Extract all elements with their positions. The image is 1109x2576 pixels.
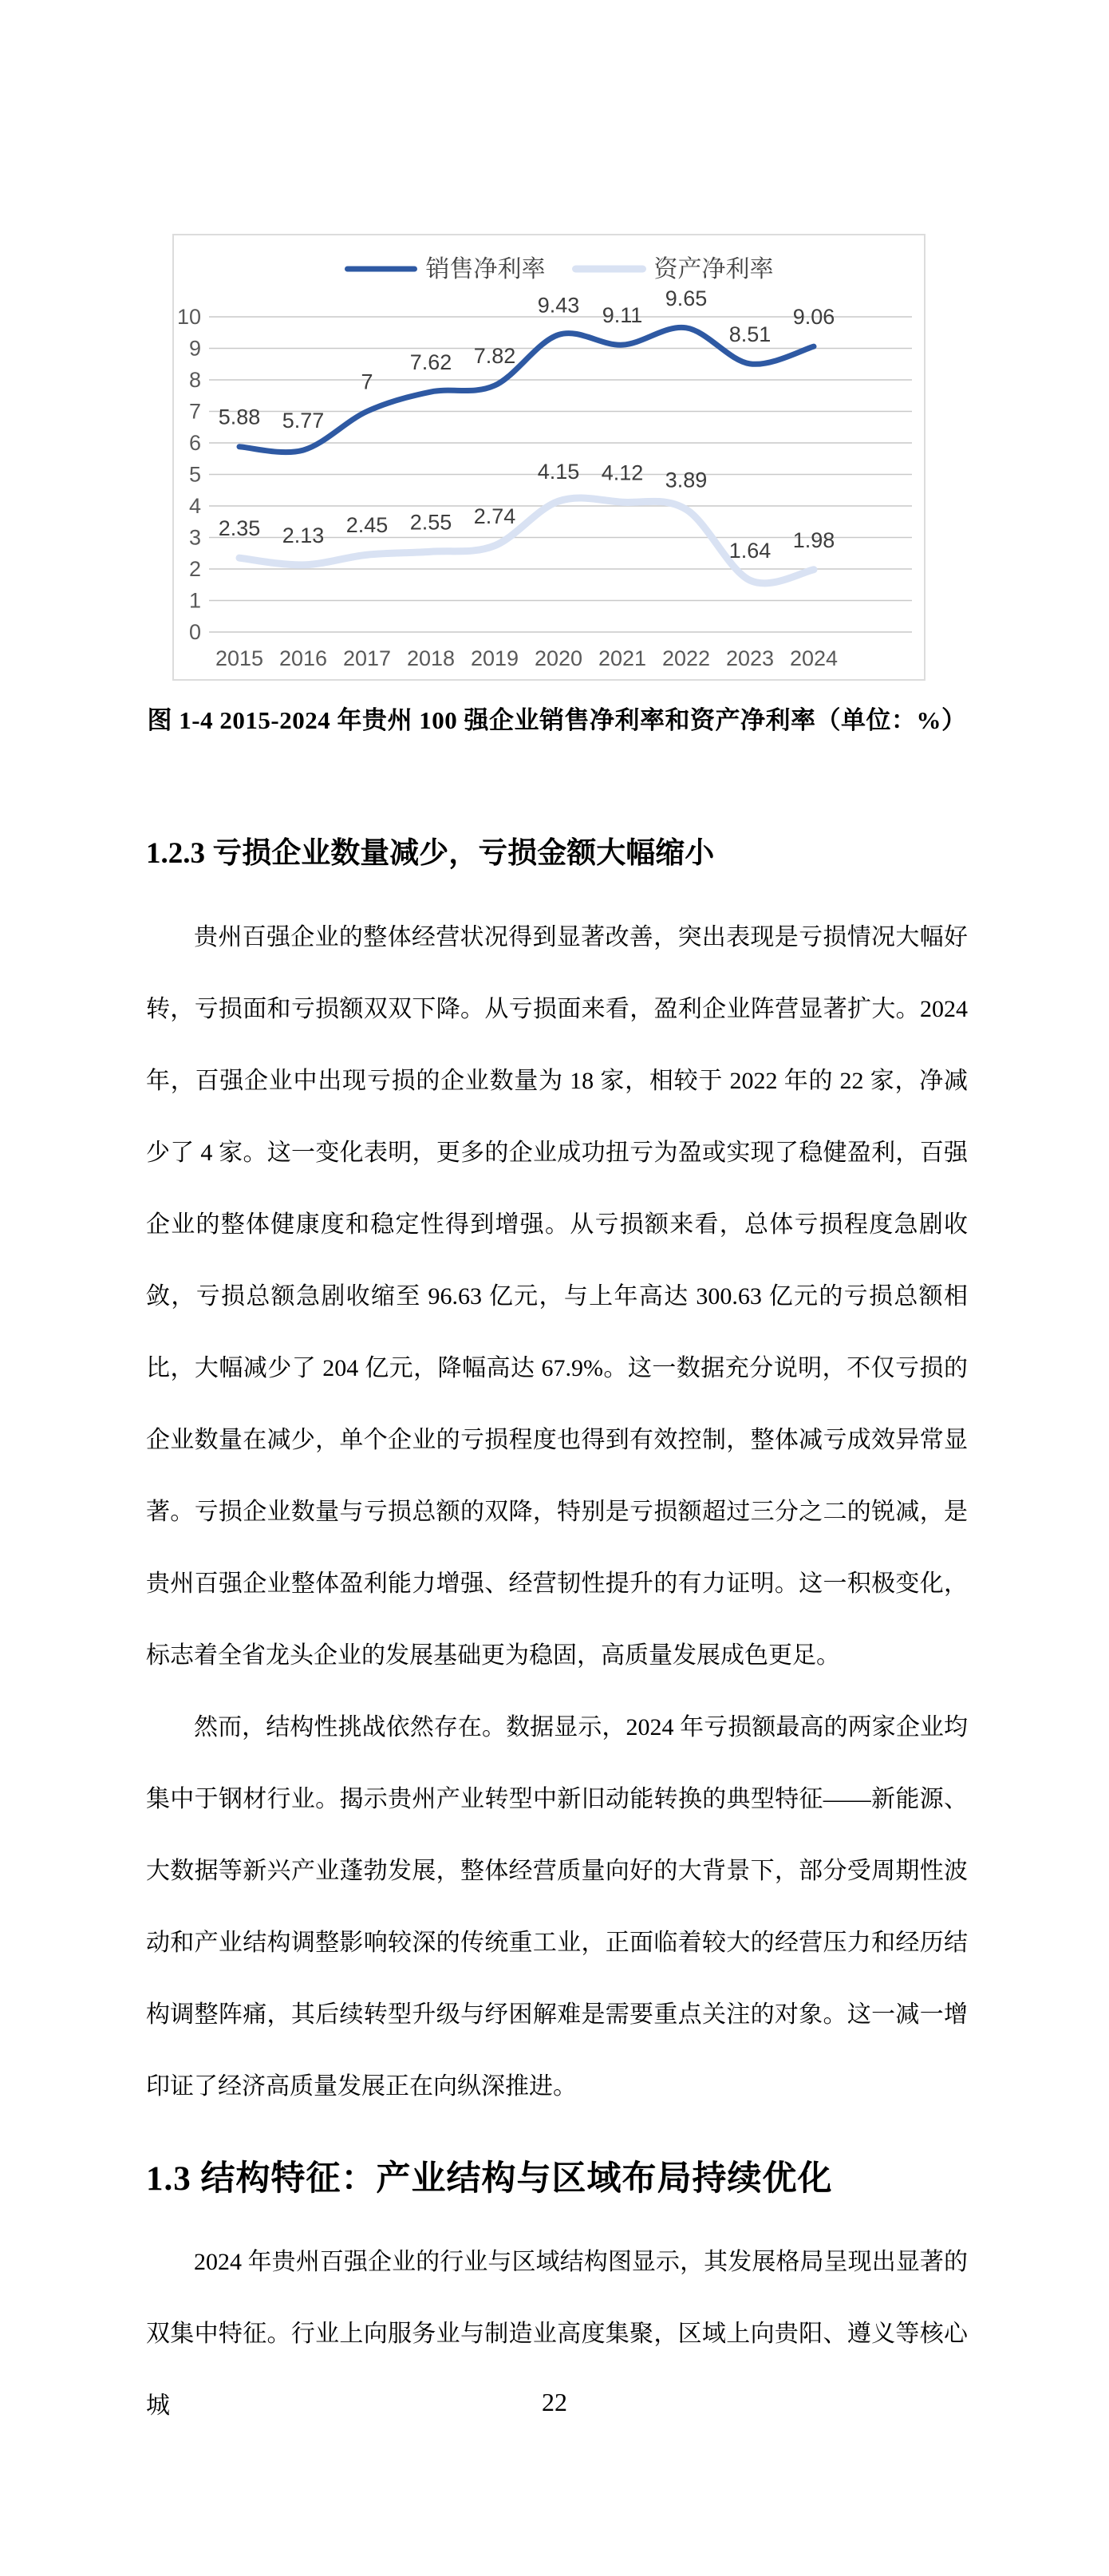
data-label: 7 bbox=[361, 370, 373, 394]
chart-legend: 销售净利率资产净利率 bbox=[348, 256, 774, 282]
data-label: 2.55 bbox=[410, 510, 452, 534]
y-tick-label: 2 bbox=[189, 557, 201, 581]
y-tick-label: 8 bbox=[189, 368, 201, 392]
data-label: 2.35 bbox=[219, 516, 261, 540]
legend-item-销售净利率: 销售净利率 bbox=[348, 256, 546, 282]
y-tick-label: 4 bbox=[189, 494, 201, 518]
legend-label: 资产净利率 bbox=[654, 256, 774, 282]
x-tick-label: 2015 bbox=[215, 646, 263, 670]
y-tick-label: 1 bbox=[189, 589, 201, 613]
legend-item-资产净利率: 资产净利率 bbox=[576, 256, 774, 282]
y-tick-label: 7 bbox=[189, 400, 201, 424]
section-heading-1-3: 1.3 结构特征：产业结构与区域布局持续优化 bbox=[146, 2151, 968, 2207]
series-line-销售净利率 bbox=[239, 327, 814, 452]
text-block: 1.2.3 亏损企业数量减少，亏损金额大幅缩小 贵州百强企业的整体经营状况得到显… bbox=[146, 830, 968, 2442]
x-tick-label: 2016 bbox=[279, 646, 327, 670]
data-label: 9.06 bbox=[793, 305, 835, 329]
x-tick-label: 2021 bbox=[598, 646, 646, 670]
paragraph-loss-improvement: 贵州百强企业的整体经营状况得到显著改善，突出表现是亏损情况大幅好转，亏损面和亏损… bbox=[146, 902, 968, 1692]
x-tick-label: 2024 bbox=[790, 646, 838, 670]
x-tick-label: 2018 bbox=[407, 646, 455, 670]
data-labels-资产净利率: 2.352.132.452.552.744.154.123.891.641.98 bbox=[219, 460, 835, 563]
x-tick-label: 2023 bbox=[726, 646, 774, 670]
data-label: 9.43 bbox=[538, 294, 580, 318]
y-tick-label: 9 bbox=[189, 337, 201, 361]
data-label: 1.64 bbox=[729, 539, 772, 563]
data-label: 8.51 bbox=[729, 322, 772, 346]
y-tick-label: 3 bbox=[189, 526, 201, 550]
page-number: 22 bbox=[0, 2388, 1109, 2417]
document-page: 0123456789102015201620172018201920202021… bbox=[0, 0, 1109, 2576]
series-line-资产净利率 bbox=[239, 498, 814, 583]
profit-margin-line-chart: 0123456789102015201620172018201920202021… bbox=[174, 235, 924, 679]
data-label: 2.45 bbox=[346, 513, 389, 537]
y-tick-label: 6 bbox=[189, 431, 201, 455]
data-label: 7.62 bbox=[410, 350, 452, 374]
y-tick-label: 10 bbox=[177, 305, 201, 329]
line-chart-frame: 0123456789102015201620172018201920202021… bbox=[172, 234, 925, 681]
x-tick-label: 2020 bbox=[535, 646, 582, 670]
data-label: 9.11 bbox=[602, 303, 643, 327]
data-label: 9.65 bbox=[665, 286, 708, 310]
x-tick-label: 2022 bbox=[662, 646, 710, 670]
data-label: 3.89 bbox=[665, 468, 708, 492]
data-label: 7.82 bbox=[474, 344, 516, 368]
data-label: 4.12 bbox=[602, 460, 644, 484]
data-label: 5.88 bbox=[219, 405, 261, 429]
data-label: 4.15 bbox=[538, 460, 580, 484]
y-tick-label: 5 bbox=[189, 463, 201, 487]
y-axis-tick-labels: 012345678910 bbox=[177, 305, 201, 644]
figure-caption: 图 1-4 2015-2024 年贵州 100 强企业销售净利率和资产净利率（单… bbox=[146, 702, 968, 739]
data-label: 2.13 bbox=[282, 523, 325, 547]
x-tick-label: 2017 bbox=[343, 646, 391, 670]
y-tick-label: 0 bbox=[189, 620, 201, 644]
data-label: 1.98 bbox=[793, 528, 835, 552]
paragraph-structural-challenge: 然而，结构性挑战依然存在。数据显示，2024 年亏损额最高的两家企业均集中于钢材… bbox=[146, 1692, 968, 2123]
section-heading-1-2-3: 1.2.3 亏损企业数量减少，亏损金额大幅缩小 bbox=[146, 830, 968, 878]
x-tick-label: 2019 bbox=[471, 646, 519, 670]
data-label: 5.77 bbox=[282, 409, 325, 433]
legend-label: 销售净利率 bbox=[426, 256, 546, 282]
x-axis-tick-labels: 2015201620172018201920202021202220232024 bbox=[215, 646, 838, 670]
data-label: 2.74 bbox=[474, 504, 516, 528]
